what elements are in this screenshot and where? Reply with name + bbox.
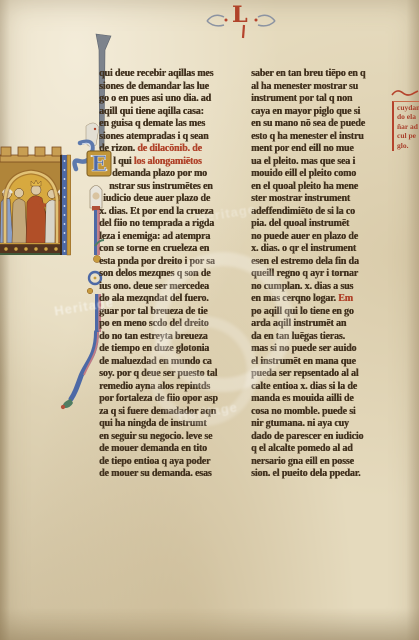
- text-line: de mouer su demanda. esas: [99, 468, 240, 481]
- text-line: saber en tan breu tiēpo en q: [251, 68, 394, 81]
- text-line: demanda plazo por mo: [112, 168, 240, 181]
- text-line: esta pnda por dreito i por sa: [99, 256, 240, 269]
- margin-note-line: glo.: [397, 141, 419, 150]
- body-text: de tiempo en duze glotonia: [99, 343, 209, 354]
- body-text: en el quoal pleito ha mene: [251, 181, 358, 192]
- text-line: al ha menester mostrar su: [251, 81, 394, 94]
- body-text: remedio ayna alos repintds: [99, 381, 210, 392]
- body-text: do ala mezqndat del fuero.: [99, 293, 209, 304]
- body-text: arda aqill instrumēt an: [251, 318, 346, 329]
- text-line: en su mano nō sea de puede: [251, 118, 394, 131]
- text-line: da en tan luēgas tieras.: [251, 331, 394, 344]
- text-line: ster mostrar instrument: [251, 193, 394, 206]
- text-line: siones atempradas i q sean: [99, 131, 240, 144]
- text-line: instrument por tal q non: [251, 93, 394, 106]
- body-text: nstrar sus instrumētes en: [109, 181, 213, 192]
- body-text: pia. del quoal instrumēt: [251, 218, 349, 229]
- body-text: go o en pues asi uno dia. ad: [99, 93, 211, 104]
- text-line: x. dias. Et por end la crueza: [99, 206, 240, 219]
- body-text: da en tan luēgas tieras.: [251, 331, 345, 342]
- body-text: saber en tan breu tiēpo en q: [251, 68, 365, 79]
- text-line: de rizon. de dilacōnib. de: [99, 143, 240, 156]
- body-text: de tiepo entioa q aya poder: [99, 456, 210, 467]
- text-line: no puede auer en plazo de: [251, 231, 394, 244]
- body-text: ster mostrar instrument: [251, 193, 350, 204]
- rubric-text: Em: [338, 293, 353, 304]
- text-line: mas si no puede ser auido: [251, 343, 394, 356]
- crenellation: [0, 147, 62, 162]
- text-line: q el alcalte pomedo al ad: [251, 443, 394, 456]
- body-text: manda es mouida ailli de: [251, 393, 354, 404]
- body-text: ment por end eill no mue: [251, 143, 354, 154]
- text-line: do no tan estreyta breueza: [99, 331, 240, 344]
- text-line: dado de parescer en iudicio: [251, 431, 394, 444]
- text-line: do ala mezqndat del fuero.: [99, 293, 240, 306]
- text-line: caya en mayor piglo que si: [251, 106, 394, 119]
- body-text: en su mano nō sea de puede: [251, 118, 365, 129]
- body-text: demanda plazo por mo: [112, 168, 207, 179]
- body-text: q el alcalte pomedo al ad: [251, 443, 353, 454]
- text-line: son delos mezqnes q son de: [99, 268, 240, 281]
- body-text: no puede auer en plazo de: [251, 231, 358, 242]
- text-line: queill regno q ayr i tornar: [251, 268, 394, 281]
- body-text: adeffendimiēto de si la co: [251, 206, 355, 217]
- margin-note-line: cuydan: [397, 103, 419, 112]
- body-text: de rizon.: [99, 143, 137, 154]
- body-text: soy. por q deue ser puesto tal: [99, 368, 217, 379]
- body-text: x. dias. o qr el instrument: [251, 243, 356, 254]
- text-line: de tiempo en duze glotonia: [99, 343, 240, 356]
- text-line: pueda ser repsentado al al: [251, 368, 394, 381]
- text-line: por fortaleza de fiio opor asp: [99, 393, 240, 406]
- body-text: en mas cerqno logar.: [251, 293, 338, 304]
- body-text: nir gtumana. ni aya cuy: [251, 418, 349, 429]
- text-line: en guisa q demate las mes: [99, 118, 240, 131]
- rubric-text: los alongamiētos: [134, 156, 202, 167]
- text-line: arda aqill instrumēt an: [251, 318, 394, 331]
- body-text: po aqill qui lo tiene en go: [251, 306, 354, 317]
- text-line: de tiepo entioa q aya poder: [99, 456, 240, 469]
- text-line: siones de demandar las lue: [99, 81, 240, 94]
- body-text: en guisa q demate las mes: [99, 118, 205, 129]
- body-text: cosa no momble. puede si: [251, 406, 355, 417]
- text-line: calte entioa x. dias si la de: [251, 381, 394, 394]
- text-line: ius ono. deue ser mercedea: [99, 281, 240, 294]
- body-text: esta pnda por dreito i por sa: [99, 256, 215, 267]
- body-text: aqill qui tiene aqilla casa:: [99, 106, 204, 117]
- text-line: nersario gna eill en posse: [251, 456, 394, 469]
- body-text: qui ha ningda de instrumt: [99, 418, 206, 429]
- body-text: sion. el pueito dela ppedar.: [251, 468, 360, 479]
- body-text: dado de parescer en iudicio: [251, 431, 363, 442]
- text-line: esen el estremo dela fin da: [251, 256, 394, 269]
- body-text: por fortaleza de fiio opor asp: [99, 393, 218, 404]
- body-text: instrument por tal q non: [251, 93, 352, 104]
- body-text: za q si fuere demadador aqn: [99, 406, 216, 417]
- body-text: x. dias. Et por end la crueza: [99, 206, 213, 217]
- text-column-left: qui deue recebir aqillas messiones de de…: [99, 68, 240, 481]
- body-text: l qui: [113, 156, 134, 167]
- text-line: manda es mouida ailli de: [251, 393, 394, 406]
- text-line: po aqill qui lo tiene en go: [251, 306, 394, 319]
- body-text: no cumplan. x. dias a sus: [251, 281, 353, 292]
- body-text: el instrumēt en mana que: [251, 356, 356, 367]
- body-text: esto q ha menester el instru: [251, 131, 364, 142]
- margin-pointer-icon: [392, 91, 418, 95]
- text-line: pia. del quoal instrumēt: [251, 218, 394, 231]
- body-text: con se torne en crueleza en: [99, 243, 209, 254]
- body-text: del fiio no temprada a rigda: [99, 218, 214, 229]
- text-line: guar por tal breueza de tie: [99, 306, 240, 319]
- text-line: qui deue recebir aqillas mes: [99, 68, 240, 81]
- body-text: po en meno scdo del dreito: [99, 318, 209, 329]
- margin-note-line: cul pe: [397, 131, 419, 140]
- body-text: leza i enemiga: ad atempra: [99, 231, 210, 242]
- text-line: del fiio no temprada a rigda: [99, 218, 240, 231]
- text-line: adeffendimiēto de si la co: [251, 206, 394, 219]
- text-line: de mouer demanda en tito: [99, 443, 240, 456]
- body-text: de mouer su demanda. esas: [99, 468, 211, 479]
- body-text: qui deue recebir aqillas mes: [99, 68, 213, 79]
- body-text: mouido eill el pleito como: [251, 168, 356, 179]
- margin-note: cuydan do ela ñar ad cul pe glo.: [392, 101, 419, 151]
- body-text: de maluezdad en mundo ca: [99, 356, 212, 367]
- text-line: en mas cerqno logar. Em: [251, 293, 394, 306]
- body-text: queill regno q ayr i tornar: [251, 268, 358, 279]
- body-text: al ha menester mostrar su: [251, 81, 358, 92]
- text-line: po en meno scdo del dreito: [99, 318, 240, 331]
- margin-note-line: ñar ad: [397, 122, 419, 131]
- text-line: en el quoal pleito ha mene: [251, 181, 394, 194]
- text-line: en seguir su negocio. leve se: [99, 431, 240, 444]
- manuscript-page: L: [0, 0, 419, 640]
- text-line: de maluezdad en mundo ca: [99, 356, 240, 369]
- text-line: leza i enemiga: ad atempra: [99, 231, 240, 244]
- body-text: guar por tal breueza de tie: [99, 306, 207, 317]
- body-text: siones de demandar las lue: [99, 81, 209, 92]
- body-text: ua el pleito. mas que sea i: [251, 156, 355, 167]
- text-line: qui ha ningda de instrumt: [99, 418, 240, 431]
- body-text: mas si no puede ser auido: [251, 343, 356, 354]
- body-text: pueda ser repsentado al al: [251, 368, 358, 379]
- body-text: esen el estremo dela fin da: [251, 256, 359, 267]
- text-line: x. dias. o qr el instrument: [251, 243, 394, 256]
- text-line: za q si fuere demadador aqn: [99, 406, 240, 419]
- body-text: ius ono. deue ser mercedea: [99, 281, 209, 292]
- text-line: esto q ha menester el instru: [251, 131, 394, 144]
- text-line: sion. el pueito dela ppedar.: [251, 468, 394, 481]
- rubric-text: de dilacōnib. de: [137, 143, 202, 154]
- text-line: remedio ayna alos repintds: [99, 381, 240, 394]
- body-text: iudicio deue auer plazo de: [103, 193, 210, 204]
- text-line: no cumplan. x. dias a sus: [251, 281, 394, 294]
- text-line: ua el pleito. mas que sea i: [251, 156, 394, 169]
- body-text: son delos mezqnes q son de: [99, 268, 210, 279]
- text-line: go o en pues asi uno dia. ad: [99, 93, 240, 106]
- text-line: nstrar sus instrumētes en: [109, 181, 240, 194]
- text-line: soy. por q deue ser puesto tal: [99, 368, 240, 381]
- body-text: do no tan estreyta breueza: [99, 331, 208, 342]
- text-line: con se torne en crueleza en: [99, 243, 240, 256]
- body-text: caya en mayor piglo que si: [251, 106, 360, 117]
- text-line: el instrumēt en mana que: [251, 356, 394, 369]
- text-line: ment por end eill no mue: [251, 143, 394, 156]
- text-line: cosa no momble. puede si: [251, 406, 394, 419]
- text-line: iudicio deue auer plazo de: [103, 193, 240, 206]
- body-text: siones atempradas i q sean: [99, 131, 208, 142]
- text-line: nir gtumana. ni aya cuy: [251, 418, 394, 431]
- text-line: l qui los alongamiētos: [113, 156, 240, 169]
- text-column-right: saber en tan breu tiēpo en qal ha menest…: [251, 68, 394, 481]
- miniature-king-court: [0, 147, 71, 255]
- body-text: calte entioa x. dias si la de: [251, 381, 357, 392]
- text-line: aqill qui tiene aqilla casa:: [99, 106, 240, 119]
- margin-note-line: do ela: [397, 112, 419, 121]
- body-text: nersario gna eill en posse: [251, 456, 354, 467]
- body-text: en seguir su negocio. leve se: [99, 431, 212, 442]
- text-line: mouido eill el pleito como: [251, 168, 394, 181]
- body-text: de mouer demanda en tito: [99, 443, 207, 454]
